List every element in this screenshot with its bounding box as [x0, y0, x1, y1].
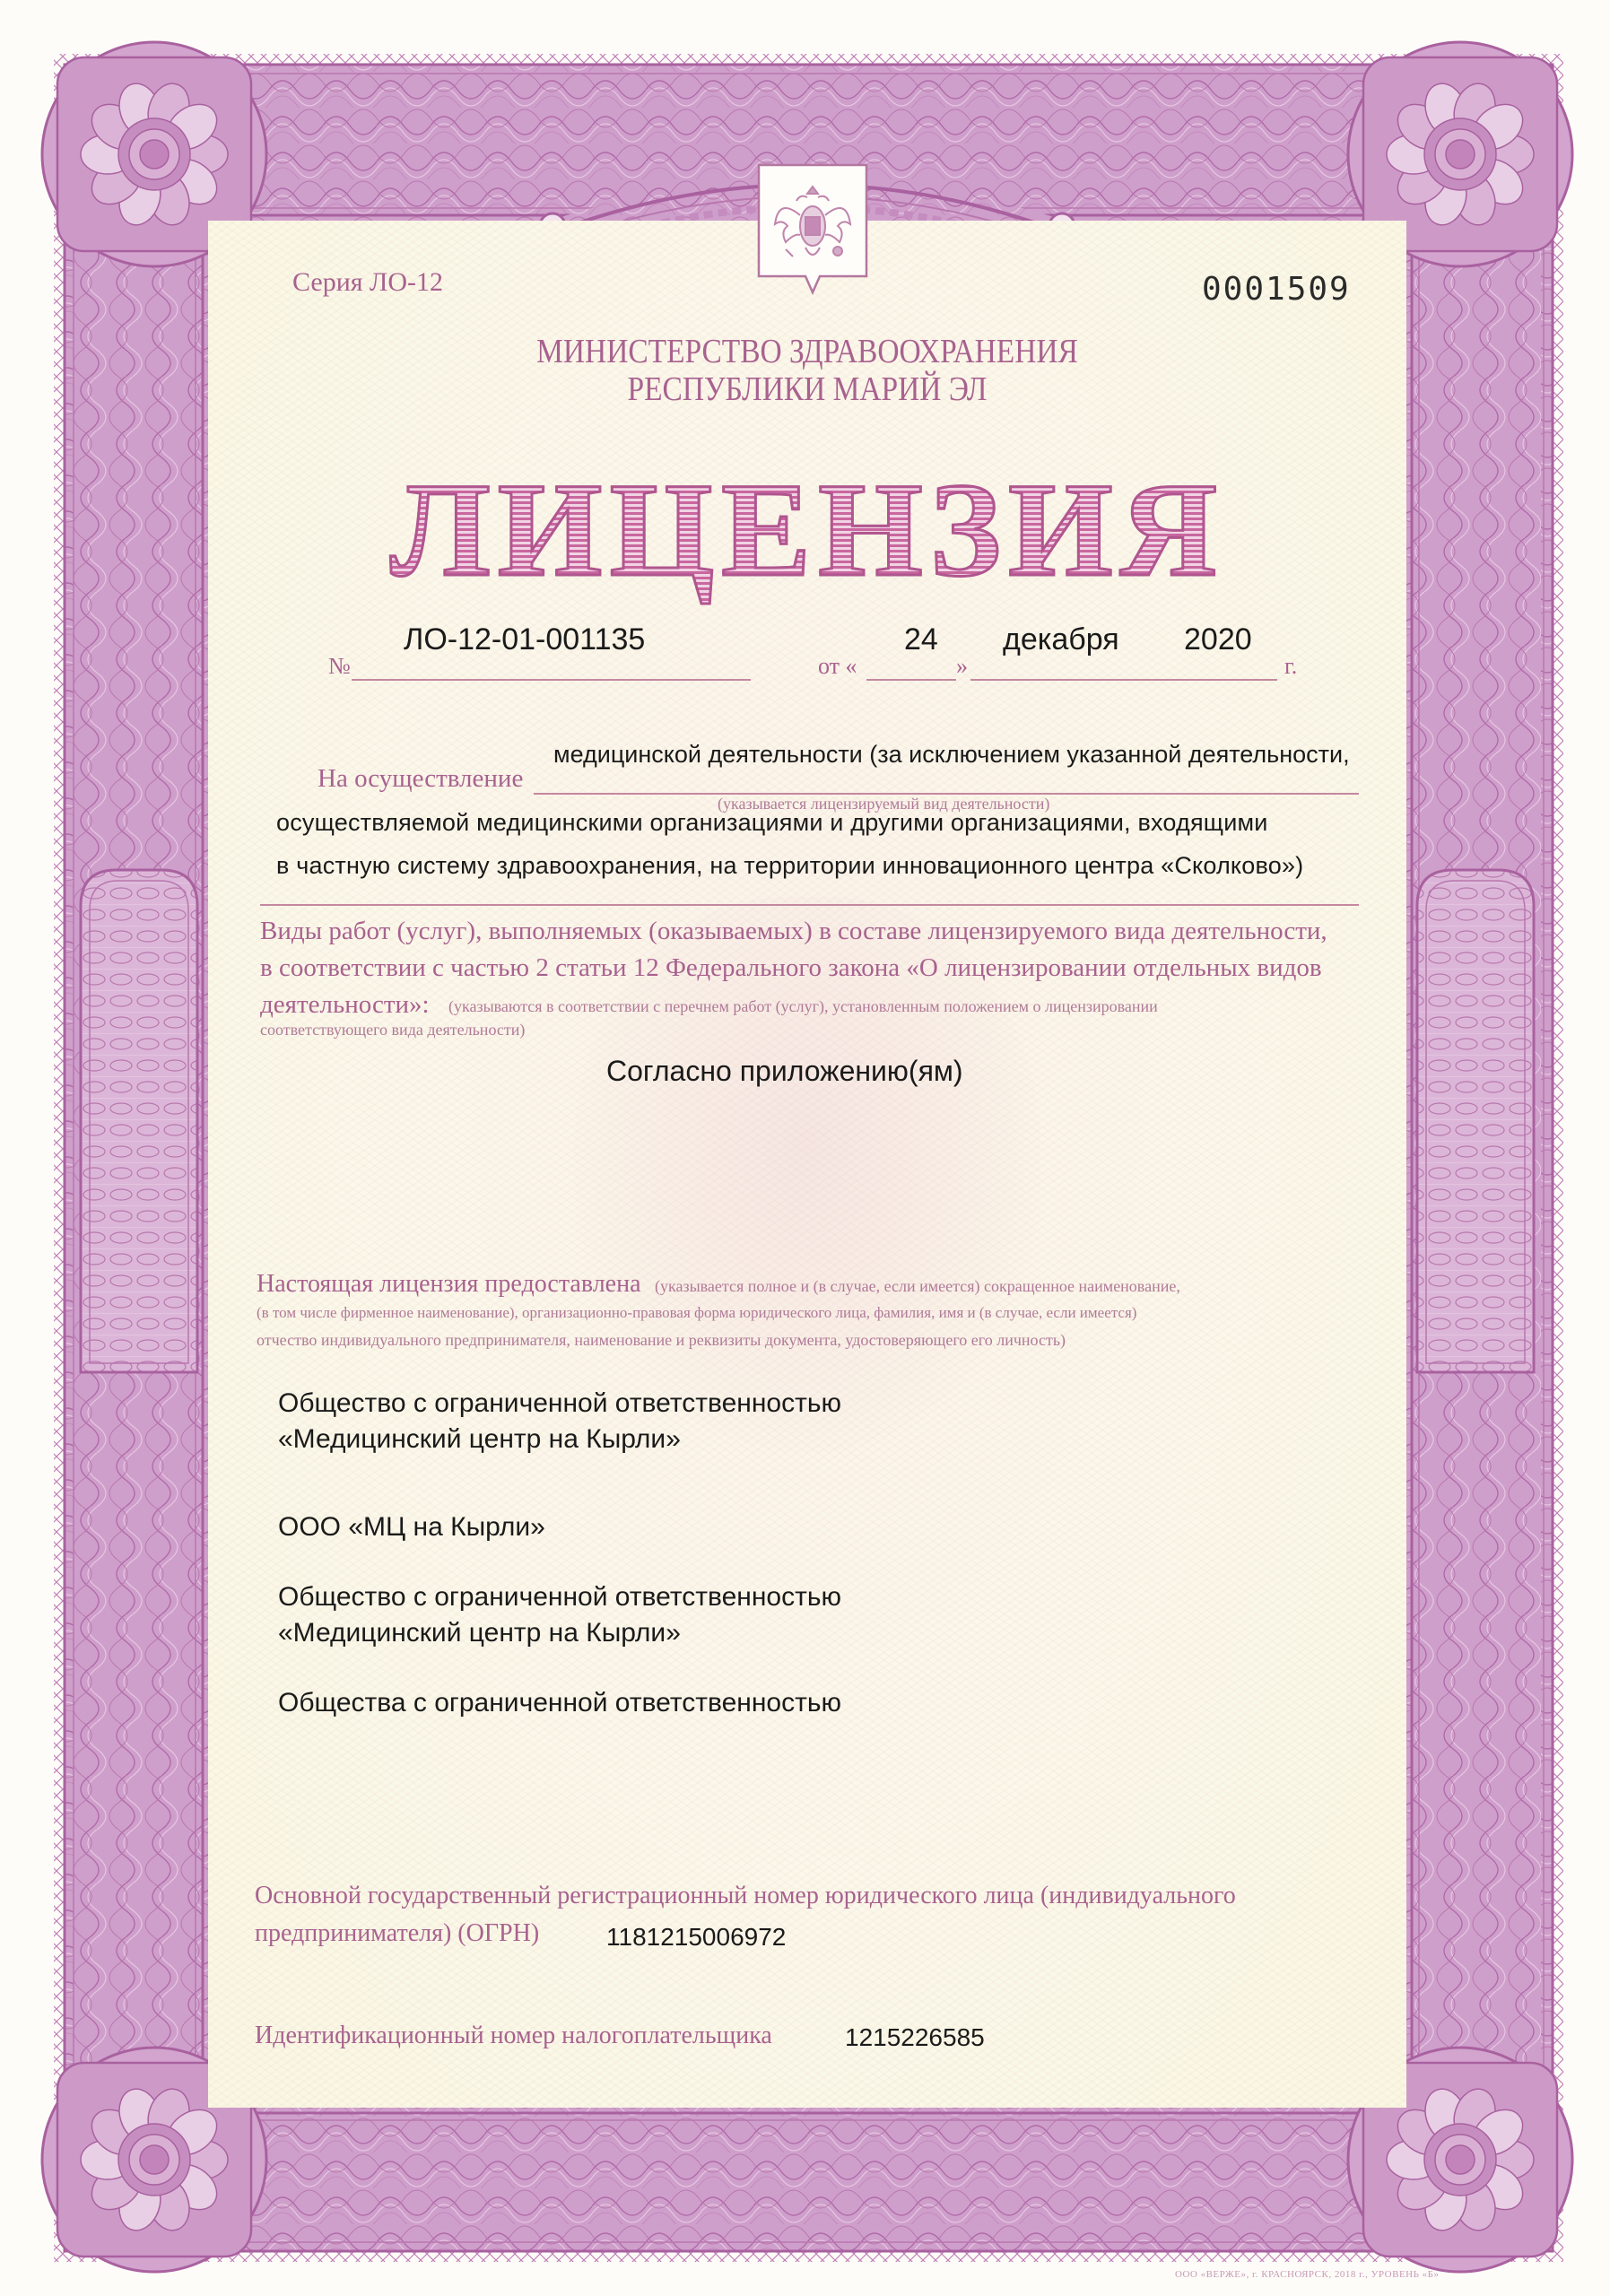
ogrn-label-2: предпринимателя) (ОГРН) — [255, 1919, 539, 1948]
inn-label: Идентификационный номер налогоплательщик… — [255, 2022, 772, 2050]
holder-label: Настоящая лицензия предоставлена — [257, 1270, 641, 1299]
license-number: ЛО-12-01-001135 — [404, 622, 645, 657]
issuer-line-1: МИНИСТЕРСТВО ЗДРАВООХРАНЕНИЯ — [280, 332, 1335, 371]
date-month: декабря — [1003, 622, 1119, 657]
works-line-1: Виды работ (услуг), выполняемых (оказыва… — [260, 917, 1327, 946]
activity-line-3: в частную систему здравоохранения, на те… — [276, 852, 1303, 880]
holder-hint-3: отчество индивидуального предпринимателя… — [257, 1331, 1066, 1350]
holder-full-name-1: Общество с ограниченной ответственностью — [278, 1388, 841, 1419]
issuer-line-2: РЕСПУБЛИКИ МАРИЙ ЭЛ — [280, 370, 1335, 409]
holder-full-name-2: «Медицинский центр на Кырли» — [278, 1424, 681, 1455]
activity-line-2: осуществляемой медицинскими организациям… — [276, 809, 1268, 837]
works-line-3-main: деятельности»: — [260, 990, 430, 1020]
year-suffix: г. — [1284, 653, 1297, 680]
date-year: 2020 — [1184, 622, 1252, 657]
ogrn-label-1: Основной государственный регистрационный… — [255, 1882, 1236, 1910]
coat-of-arms-icon — [755, 161, 870, 298]
serial-number: 0001509 — [1202, 271, 1351, 308]
inn-value: 1215226585 — [845, 2023, 985, 2052]
document-title: ЛИЦЕНЗИЯ — [208, 453, 1406, 607]
date-prefix: от « — [818, 653, 857, 680]
works-line-4-hint: соответствующего вида деятельности) — [260, 1021, 525, 1039]
works-value: Согласно приложению(ям) — [606, 1055, 963, 1088]
holder-short-name: ООО «МЦ на Кырли» — [278, 1512, 545, 1543]
holder-brand-name-1: Общество с ограниченной ответственностью — [278, 1582, 841, 1613]
holder-brand-name-2: «Медицинский центр на Кырли» — [278, 1618, 681, 1648]
ogrn-value: 1181215006972 — [606, 1923, 786, 1952]
activity-label: На осуществление — [318, 764, 523, 794]
printer-imprint: ООО «ВЕРЖЕ», г. КРАСНОЯРСК, 2018 г., УРО… — [1175, 2269, 1440, 2280]
holder-hint-1: (указывается полное и (в случае, если им… — [655, 1277, 1180, 1296]
activity-line-1: медицинской деятельности (за исключением… — [553, 741, 1350, 769]
works-line-3-hint: (указываются в соответствии с перечнем р… — [448, 997, 1158, 1016]
date-day: 24 — [904, 622, 938, 657]
number-sign: № — [328, 653, 351, 680]
date-quote-close: » — [956, 653, 968, 680]
holder-hint-2: (в том числе фирменное наименование), ор… — [257, 1304, 1136, 1322]
works-line-2: в соответствии с частью 2 статьи 12 Феде… — [260, 953, 1322, 983]
series-label: Серия ЛО-12 — [292, 267, 443, 298]
holder-legal-form: Общества с ограниченной ответственностью — [278, 1688, 841, 1718]
